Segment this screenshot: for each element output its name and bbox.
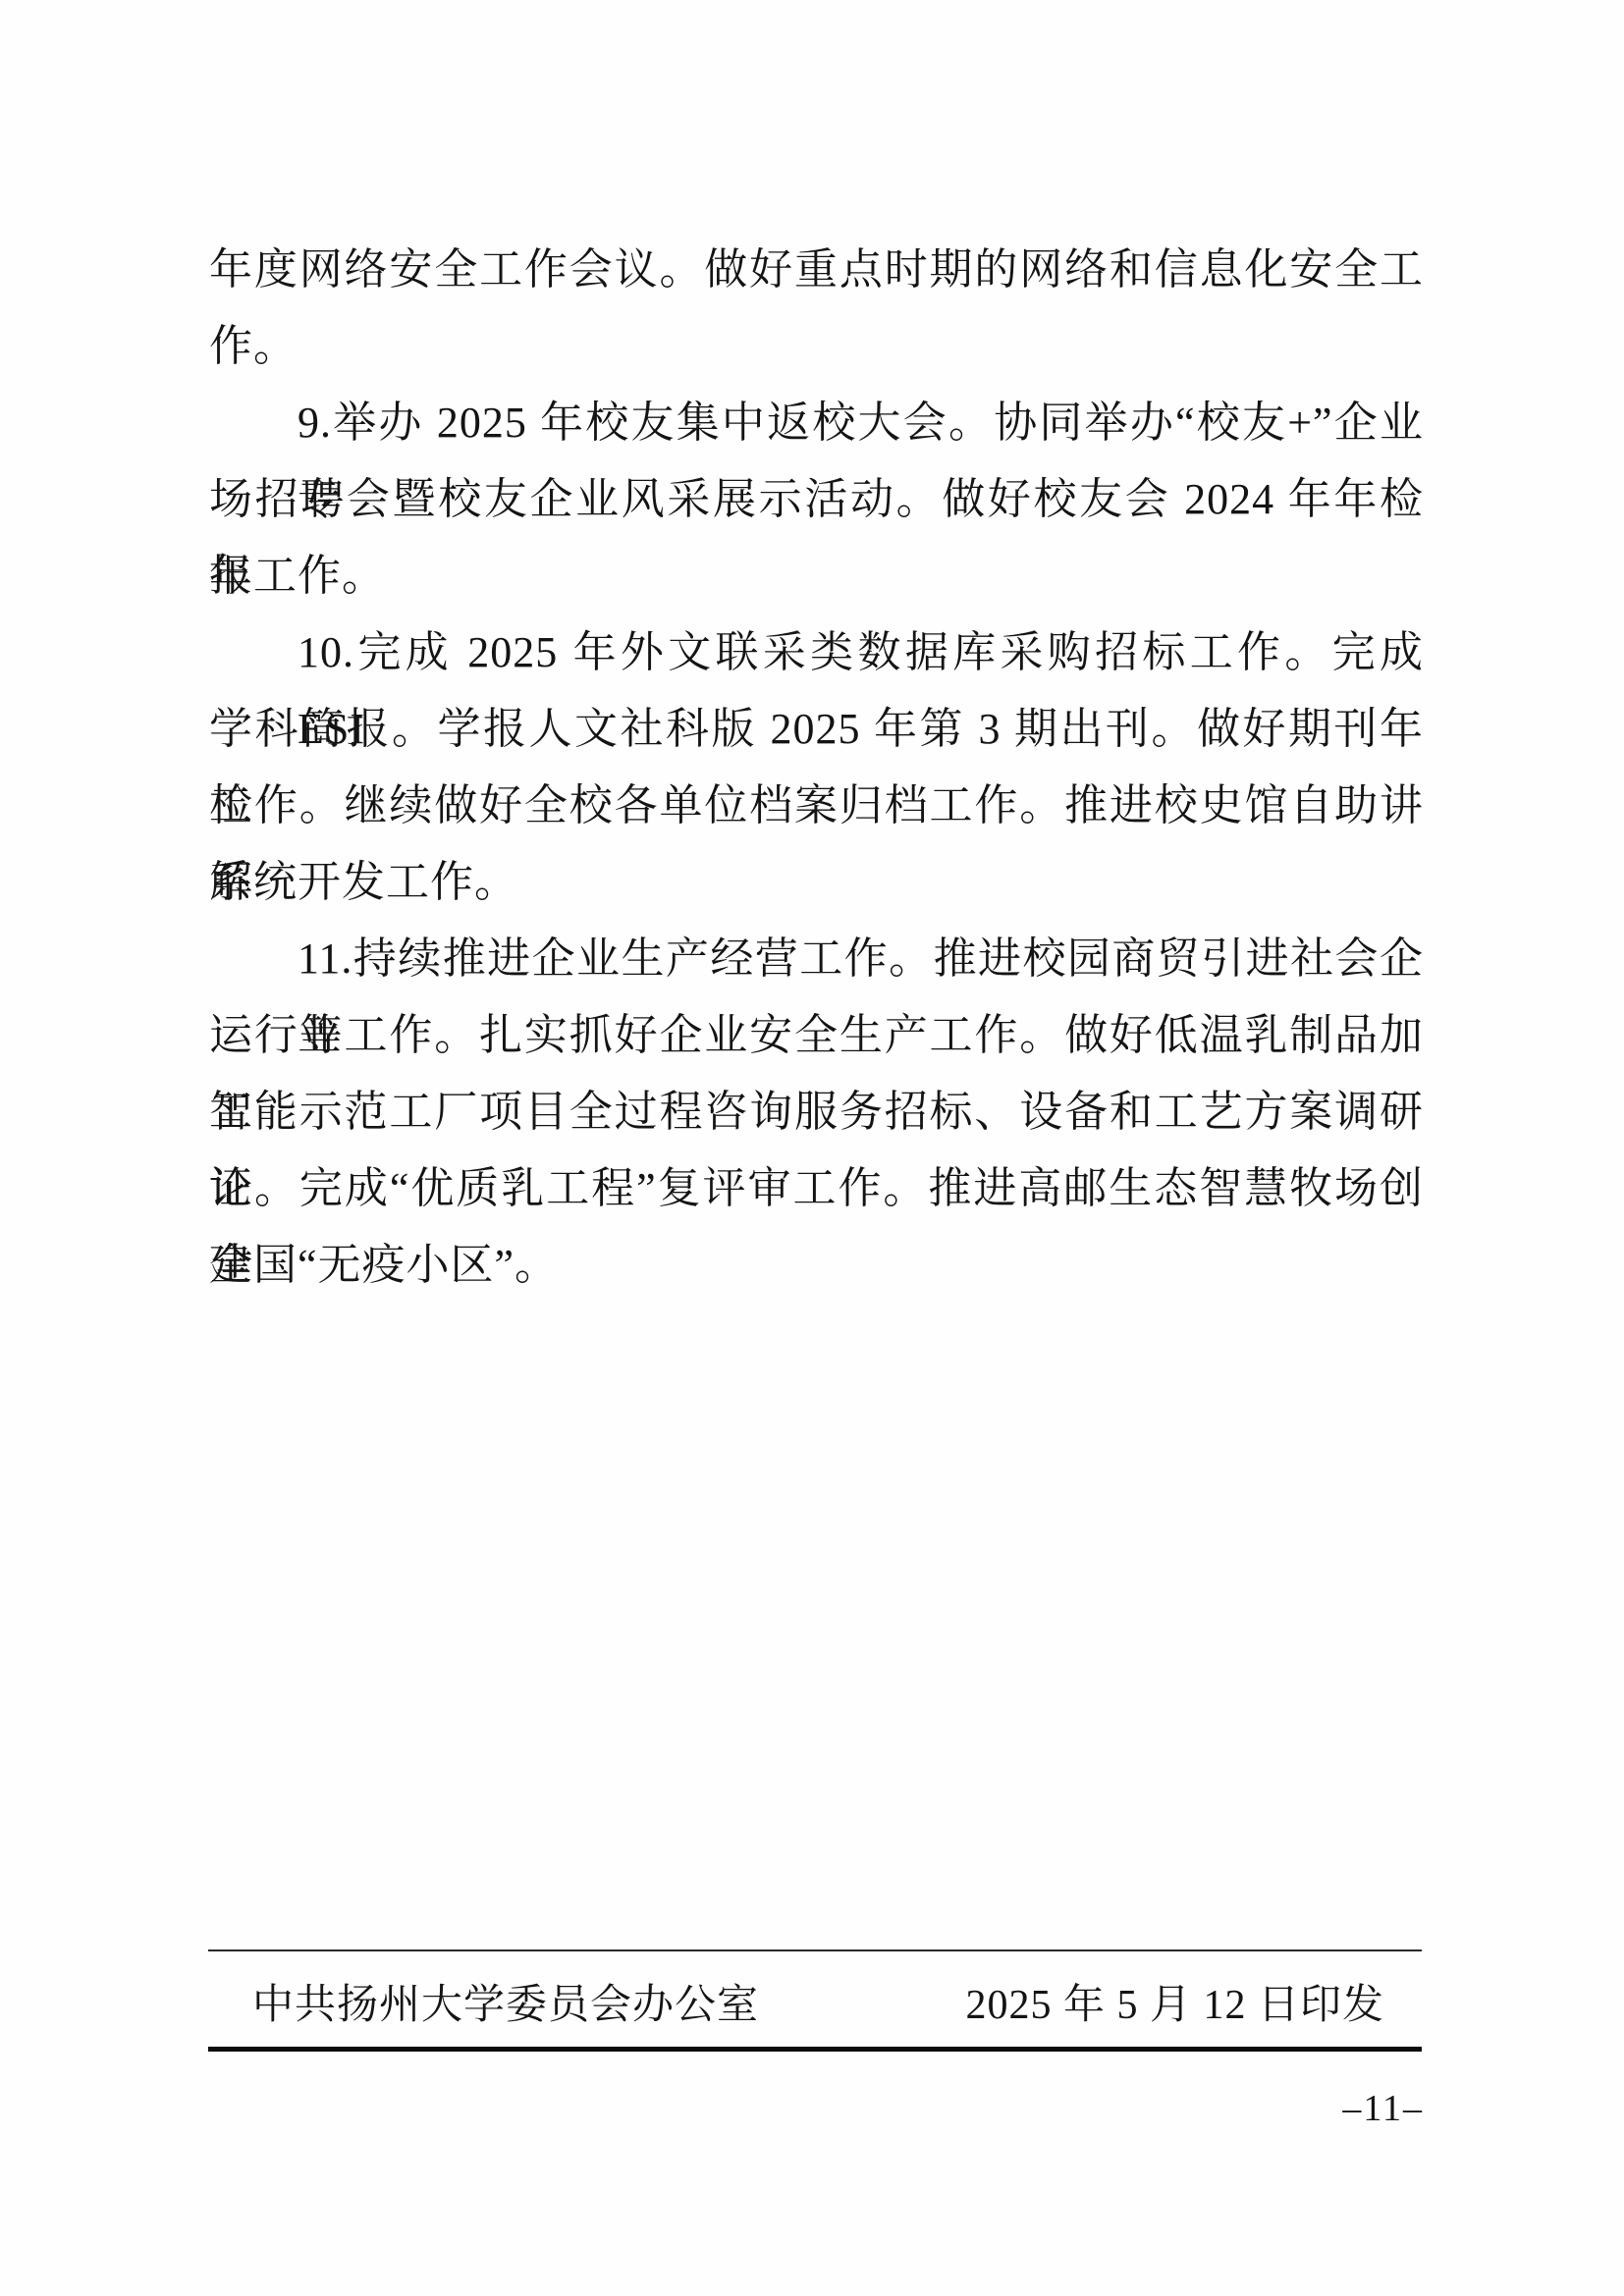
body-line: 工作。继续做好全校各单位档案归档工作。推进校史馆自助讲解 bbox=[209, 768, 1424, 844]
body-line: 作。 bbox=[209, 308, 1424, 385]
body-line: 场招聘会暨校友企业风采展示活动。做好校友会 2024 年年检年 bbox=[209, 461, 1424, 538]
body-line: 证。完成“优质乳工程”复评审工作。推进高邮生态智慧牧场创建 bbox=[209, 1150, 1424, 1227]
colophon-row: 中共扬州大学委员会办公室 2025 年 5 月 12 日印发 bbox=[208, 1967, 1422, 2044]
body-line: 系统开发工作。 bbox=[209, 844, 1424, 921]
body-line: 9.举办 2025 年校友集中返校大会。协同举办“校友+”企业专 bbox=[209, 385, 1424, 461]
print-date-label: 2025 年 5 月 12 日印发 bbox=[965, 1967, 1384, 2044]
body-line: 年度网络安全工作会议。做好重点时期的网络和信息化安全工 bbox=[209, 232, 1424, 308]
body-line: 运行等工作。扎实抓好企业安全生产工作。做好低温乳制品加工 bbox=[209, 997, 1424, 1074]
paragraph: 11.持续推进企业生产经营工作。推进校园商贸引进社会企业运行等工作。扎实抓好企业… bbox=[209, 921, 1424, 1304]
body-line: 10.完成 2025 年外文联采类数据库采购招标工作。完成 ESI bbox=[209, 614, 1424, 691]
paragraph: 10.完成 2025 年外文联采类数据库采购招标工作。完成 ESI学科简报。学报… bbox=[209, 614, 1424, 921]
document-body: 年度网络安全工作会议。做好重点时期的网络和信息化安全工作。9.举办 2025 年… bbox=[209, 232, 1424, 1304]
colophon-top-rule bbox=[208, 1949, 1422, 1951]
body-line: 学科简报。学报人文社科版 2025 年第 3 期出刊。做好期刊年检 bbox=[209, 691, 1424, 768]
colophon-bottom-rule bbox=[208, 2047, 1422, 2052]
paragraph: 9.举办 2025 年校友集中返校大会。协同举办“校友+”企业专场招聘会暨校友企… bbox=[209, 385, 1424, 614]
paragraph: 年度网络安全工作会议。做好重点时期的网络和信息化安全工作。 bbox=[209, 232, 1424, 385]
document-page: 年度网络安全工作会议。做好重点时期的网络和信息化安全工作。9.举办 2025 年… bbox=[0, 0, 1624, 2296]
body-line: 11.持续推进企业生产经营工作。推进校园商贸引进社会企业 bbox=[209, 921, 1424, 997]
body-line: 智能示范工厂项目全过程咨询服务招标、设备和工艺方案调研论 bbox=[209, 1074, 1424, 1150]
page-number: –11– bbox=[1342, 2089, 1424, 2128]
issuing-office-label: 中共扬州大学委员会办公室 bbox=[252, 1967, 759, 2044]
body-line: 报工作。 bbox=[209, 538, 1424, 614]
body-line: 全国“无疫小区”。 bbox=[209, 1227, 1424, 1304]
